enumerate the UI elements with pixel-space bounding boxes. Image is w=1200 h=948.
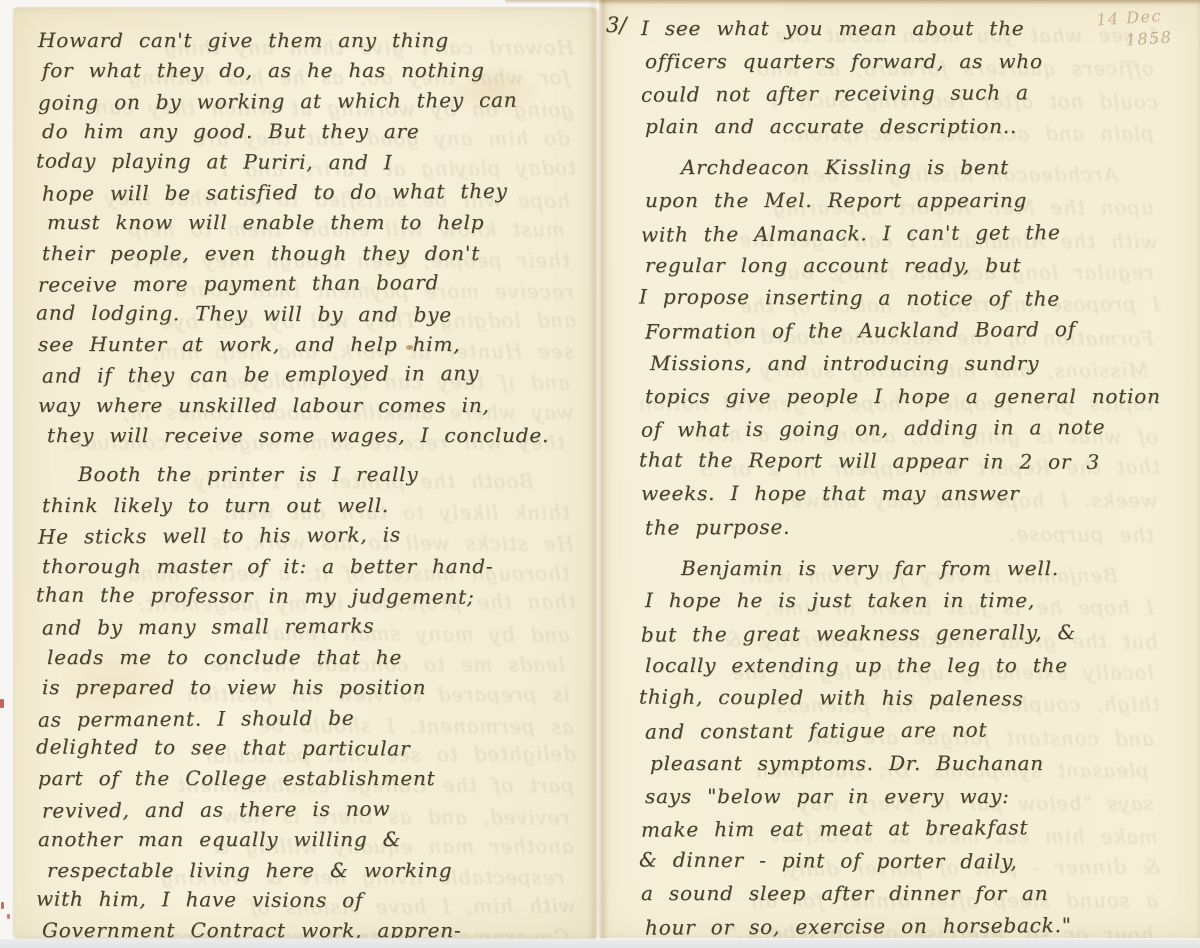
handwriting-line: hope will be satisfied to do what they — [42, 178, 592, 212]
paragraph: Archdeacon Kissling is bentupon the Mel.… — [641, 155, 1196, 546]
handwriting-line: they will receive some wages, I conclude… — [47, 423, 592, 453]
left-page-text: Howard can't give them any thingfor what… — [14, 8, 598, 938]
handwriting-line: weeks. I hope that may answer — [641, 481, 1196, 514]
handwriting-line: thorough master of it: a better hand- — [42, 554, 592, 584]
red-edge-mark — [7, 914, 10, 919]
handwriting-line: thigh, coupled with his paleness — [639, 684, 1196, 720]
paragraph: Howard can't give them any thingfor what… — [38, 28, 592, 453]
handwriting-line: with the Almanack. I can't get the — [641, 219, 1196, 255]
handwriting-line: & dinner - pint of porter daily, — [639, 847, 1196, 883]
handwriting-line: that the Report will appear in 2 or 3 — [639, 447, 1196, 483]
red-edge-mark — [0, 699, 4, 708]
handwriting-line: their people, even though they don't — [42, 241, 592, 271]
handwriting-line: says "below par in every way: — [645, 784, 1196, 817]
handwriting-line: Archdeacon Kissling is bent — [641, 155, 1196, 188]
handwriting-line: for what they do, as he has nothing — [42, 58, 592, 88]
red-edge-mark — [1, 902, 4, 909]
handwriting-line: think likely to turn out well. — [42, 493, 592, 523]
right-page: 3/ 14 Dec 1858 I see what you mean about… — [599, 0, 1200, 938]
handwriting-line: topics give people I hope a general noti… — [645, 384, 1196, 417]
handwriting-line: I propose inserting a notice of the — [639, 284, 1196, 320]
handwriting-line: could not after receiving such a — [641, 79, 1196, 115]
paragraph: Benjamin is very far from well.I hope he… — [641, 556, 1196, 939]
handwriting-line: is prepared to view his position — [42, 675, 592, 705]
handwriting-line: of what is going on, adding in a note — [641, 414, 1196, 450]
handwriting-line: revived, and as there is now — [42, 795, 592, 829]
handwriting-line: respectable living here & working — [47, 858, 592, 888]
handwriting-line: must know will enable them to help — [47, 210, 592, 240]
handwriting-line: and if they can be employed in any — [42, 361, 592, 395]
scan-top-edge — [505, 0, 1200, 4]
handwriting-line: I hope he is just taken in time, — [645, 588, 1196, 621]
handwriting-line: pleasant symptoms. Dr. Buchanan — [650, 751, 1196, 784]
handwriting-line: way where unskilled labour comes in, — [38, 393, 592, 423]
handwriting-line: going on by working at which they can — [38, 87, 592, 121]
handwriting-line: but the great weakness generally, & — [641, 619, 1196, 655]
handwriting-line: Government Contract work, appren- — [42, 918, 592, 938]
handwriting-line: today playing at Puriri, and I — [36, 148, 592, 181]
handwriting-line: Missions, and introducing sundry — [650, 351, 1196, 384]
handwriting-line: and constant fatigue are not — [645, 717, 1196, 753]
handwriting-line: hour or so, exercise on horseback." — [645, 912, 1196, 938]
handwriting-line: plain and accurate description.. — [645, 114, 1196, 147]
handwriting-line: upon the Mel. Report appearing — [645, 188, 1196, 221]
left-page: Howard can't give them any thingfor what… — [14, 8, 598, 938]
handwriting-line: and lodging. They will by and bye — [36, 300, 592, 333]
handwriting-line: part of the College establishment — [38, 766, 592, 796]
scanner-strip-bottom — [0, 939, 1200, 948]
handwriting-line: locally extending up the leg to the — [645, 653, 1196, 686]
handwriting-line: leads me to conclude that he — [47, 645, 592, 675]
paragraph: Booth the printer is I reallythink likel… — [38, 462, 592, 938]
handwriting-line: another man equally willing & — [38, 827, 592, 857]
handwriting-line: Howard can't give them any thing — [38, 28, 592, 58]
right-page-text: I see what you mean about theofficers qu… — [599, 0, 1200, 938]
handwriting-line: regular long account ready, but — [645, 253, 1196, 286]
handwriting-line: with him, I have visions of — [36, 886, 592, 919]
handwriting-line: He sticks well to his work, is — [38, 522, 592, 556]
paragraph: I see what you mean about theofficers qu… — [641, 16, 1196, 146]
letter-scan: Howard can't give them any thingfor what… — [0, 0, 1200, 948]
handwriting-line: Benjamin is very far from well. — [641, 556, 1196, 589]
handwriting-line: see Hunter at work, and help him, — [38, 332, 592, 362]
handwriting-line: a sound sleep after dinner for an — [641, 881, 1196, 914]
handwriting-line: the purpose. — [645, 512, 1196, 548]
handwriting-line: as permanent. I should be — [38, 704, 592, 738]
handwriting-line: do him any good. But they are — [42, 119, 592, 149]
handwriting-line: delighted to see that particular — [36, 735, 592, 768]
handwriting-line: make him eat meat at breakfast — [641, 815, 1196, 851]
handwriting-line: officers quarters forward, as who — [645, 49, 1196, 82]
handwriting-line: I see what you mean about the — [641, 16, 1196, 49]
handwriting-line: Formation of the Auckland Board of — [645, 317, 1196, 353]
handwriting-line: receive more payment than board — [38, 269, 592, 303]
handwriting-line: and by many small remarks — [42, 613, 592, 647]
handwriting-line: Booth the printer is I really — [38, 462, 592, 492]
handwriting-line: than the professor in my judgement; — [36, 583, 592, 616]
